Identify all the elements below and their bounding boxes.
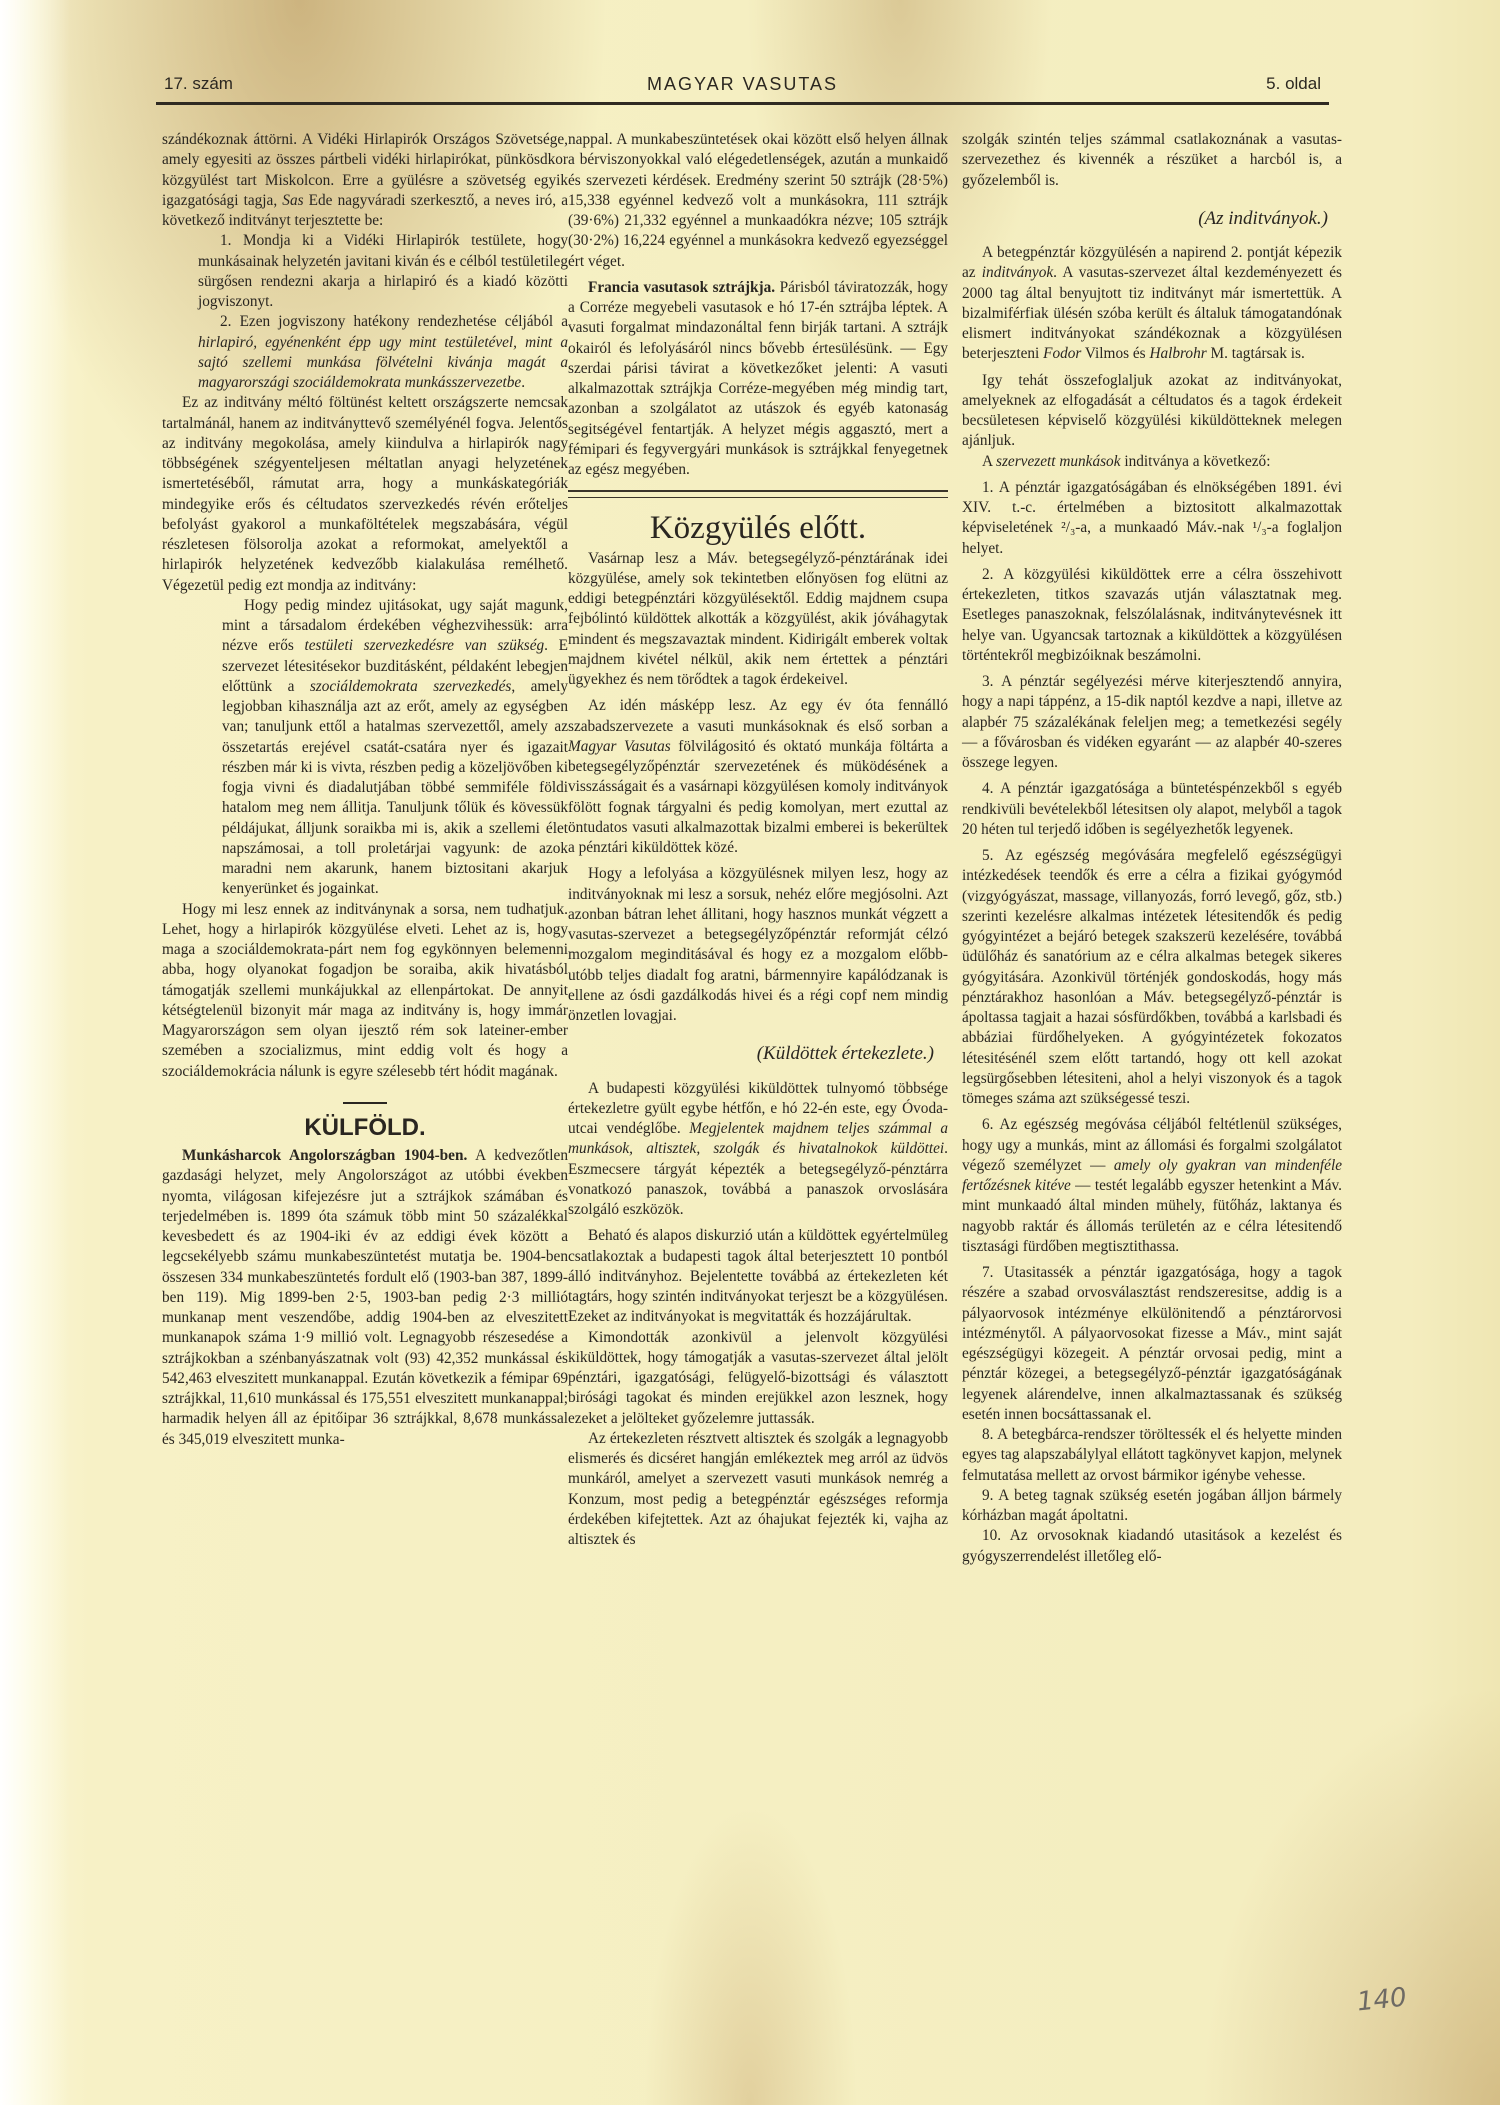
paragraph: Az értekezleten résztvett altisztek és s… <box>568 1429 948 1551</box>
paragraph: Ez az inditvány méltó föltünést keltett … <box>162 393 568 596</box>
paragraph: A budapesti közgyülési kiküldöttek tulny… <box>568 1079 948 1221</box>
handwritten-archive-number: 140 <box>1356 1982 1409 2017</box>
middle-column: nappal. A munkabeszüntetések okai között… <box>568 130 948 1550</box>
newspaper-page: 17. szám MAGYAR VASUTAS 5. oldal szándék… <box>150 0 1335 2105</box>
subtitle-az-inditvanyok: (Az inditványok.) <box>962 209 1328 229</box>
motion-point-2: 2. Ezen jogviszony hatékony rendezhetése… <box>198 312 568 393</box>
scan-edge <box>0 0 70 2105</box>
masthead-title: MAGYAR VASUTAS <box>150 74 1335 95</box>
motion-item-9: 9. A beteg tagnak szükség esetén jogában… <box>962 1486 1342 1527</box>
motion-point-1: 1. Mondja ki a Vidéki Hirlapirók testüle… <box>198 231 568 312</box>
paragraph: nappal. A munkabeszüntetések okai között… <box>568 130 948 272</box>
section-title-kulfold: KÜLFÖLD. <box>162 1118 568 1138</box>
motion-item-10: 10. Az orvosoknak kiadandó utasitások a … <box>962 1526 1342 1567</box>
motion-item-1: 1. A pénztár igazgatóságában és elnökség… <box>962 478 1342 559</box>
article-francia-vasutasok: Francia vasutasok sztrájkja. Párisból tá… <box>568 278 948 481</box>
motion-item-2: 2. A közgyülési kiküldöttek erre a célra… <box>962 565 1342 666</box>
section-divider <box>343 1102 387 1104</box>
paragraph: Hogy a lefolyása a közgyülésnek milyen l… <box>568 864 948 1026</box>
paragraph: szándékoznak áttörni. A Vidéki Hirlapiró… <box>162 130 568 231</box>
left-column: szándékoznak áttörni. A Vidéki Hirlapiró… <box>162 130 568 1450</box>
paragraph: A szervezett munkások inditványa a követ… <box>962 452 1342 472</box>
section-title-kozgyules: Közgyülés előtt. <box>568 518 948 538</box>
motion-item-4: 4. A pénztár igazgatósága a büntetéspénz… <box>962 779 1342 840</box>
paragraph: Hogy mi lesz ennek az inditványnak a sor… <box>162 900 568 1082</box>
paragraph: A betegpénztár közgyülésén a napirend 2.… <box>962 243 1342 365</box>
paragraph: Vasárnap lesz a Máv. betegsegélyző-pénzt… <box>568 549 948 691</box>
page-number: 5. oldal <box>1266 74 1321 94</box>
motion-item-6: 6. Az egészség megóvása céljából feltétl… <box>962 1115 1342 1257</box>
paragraph: Beható és alapos diskurzió után a küldöt… <box>568 1226 948 1327</box>
motion-quote: Hogy pedig mindez ujitásokat, ugy saját … <box>222 596 568 900</box>
paragraph: Az idén másképp lesz. Az egy év óta fenn… <box>568 696 948 858</box>
page-header: 17. szám MAGYAR VASUTAS 5. oldal <box>150 74 1335 104</box>
motion-item-8: 8. A betegbárca-rendszer töröltessék el … <box>962 1425 1342 1486</box>
paragraph: Igy tehát összefoglaljuk azokat az indit… <box>962 371 1342 452</box>
right-column: szolgák szintén teljes számmal csatlakoz… <box>962 130 1342 1567</box>
header-rule <box>156 102 1329 105</box>
subtitle-kuldottek-ertekezlete: (Küldöttek értekezlete.) <box>568 1044 934 1064</box>
motion-item-5: 5. Az egészség megóvására megfelelő egés… <box>962 846 1342 1109</box>
paragraph: szolgák szintén teljes számmal csatlakoz… <box>962 130 1342 191</box>
motion-item-3: 3. A pénztár segélyezési mérve kiterjesz… <box>962 672 1342 773</box>
double-rule-divider <box>568 490 948 498</box>
article-munkasharcok: Munkásharcok Angolországban 1904-ben. A … <box>162 1146 568 1450</box>
paragraph: Kimondották azonkivül a jelenvolt közgyü… <box>568 1328 948 1429</box>
motion-item-7: 7. Utasitassék a pénztár igazgatósága, h… <box>962 1263 1342 1425</box>
